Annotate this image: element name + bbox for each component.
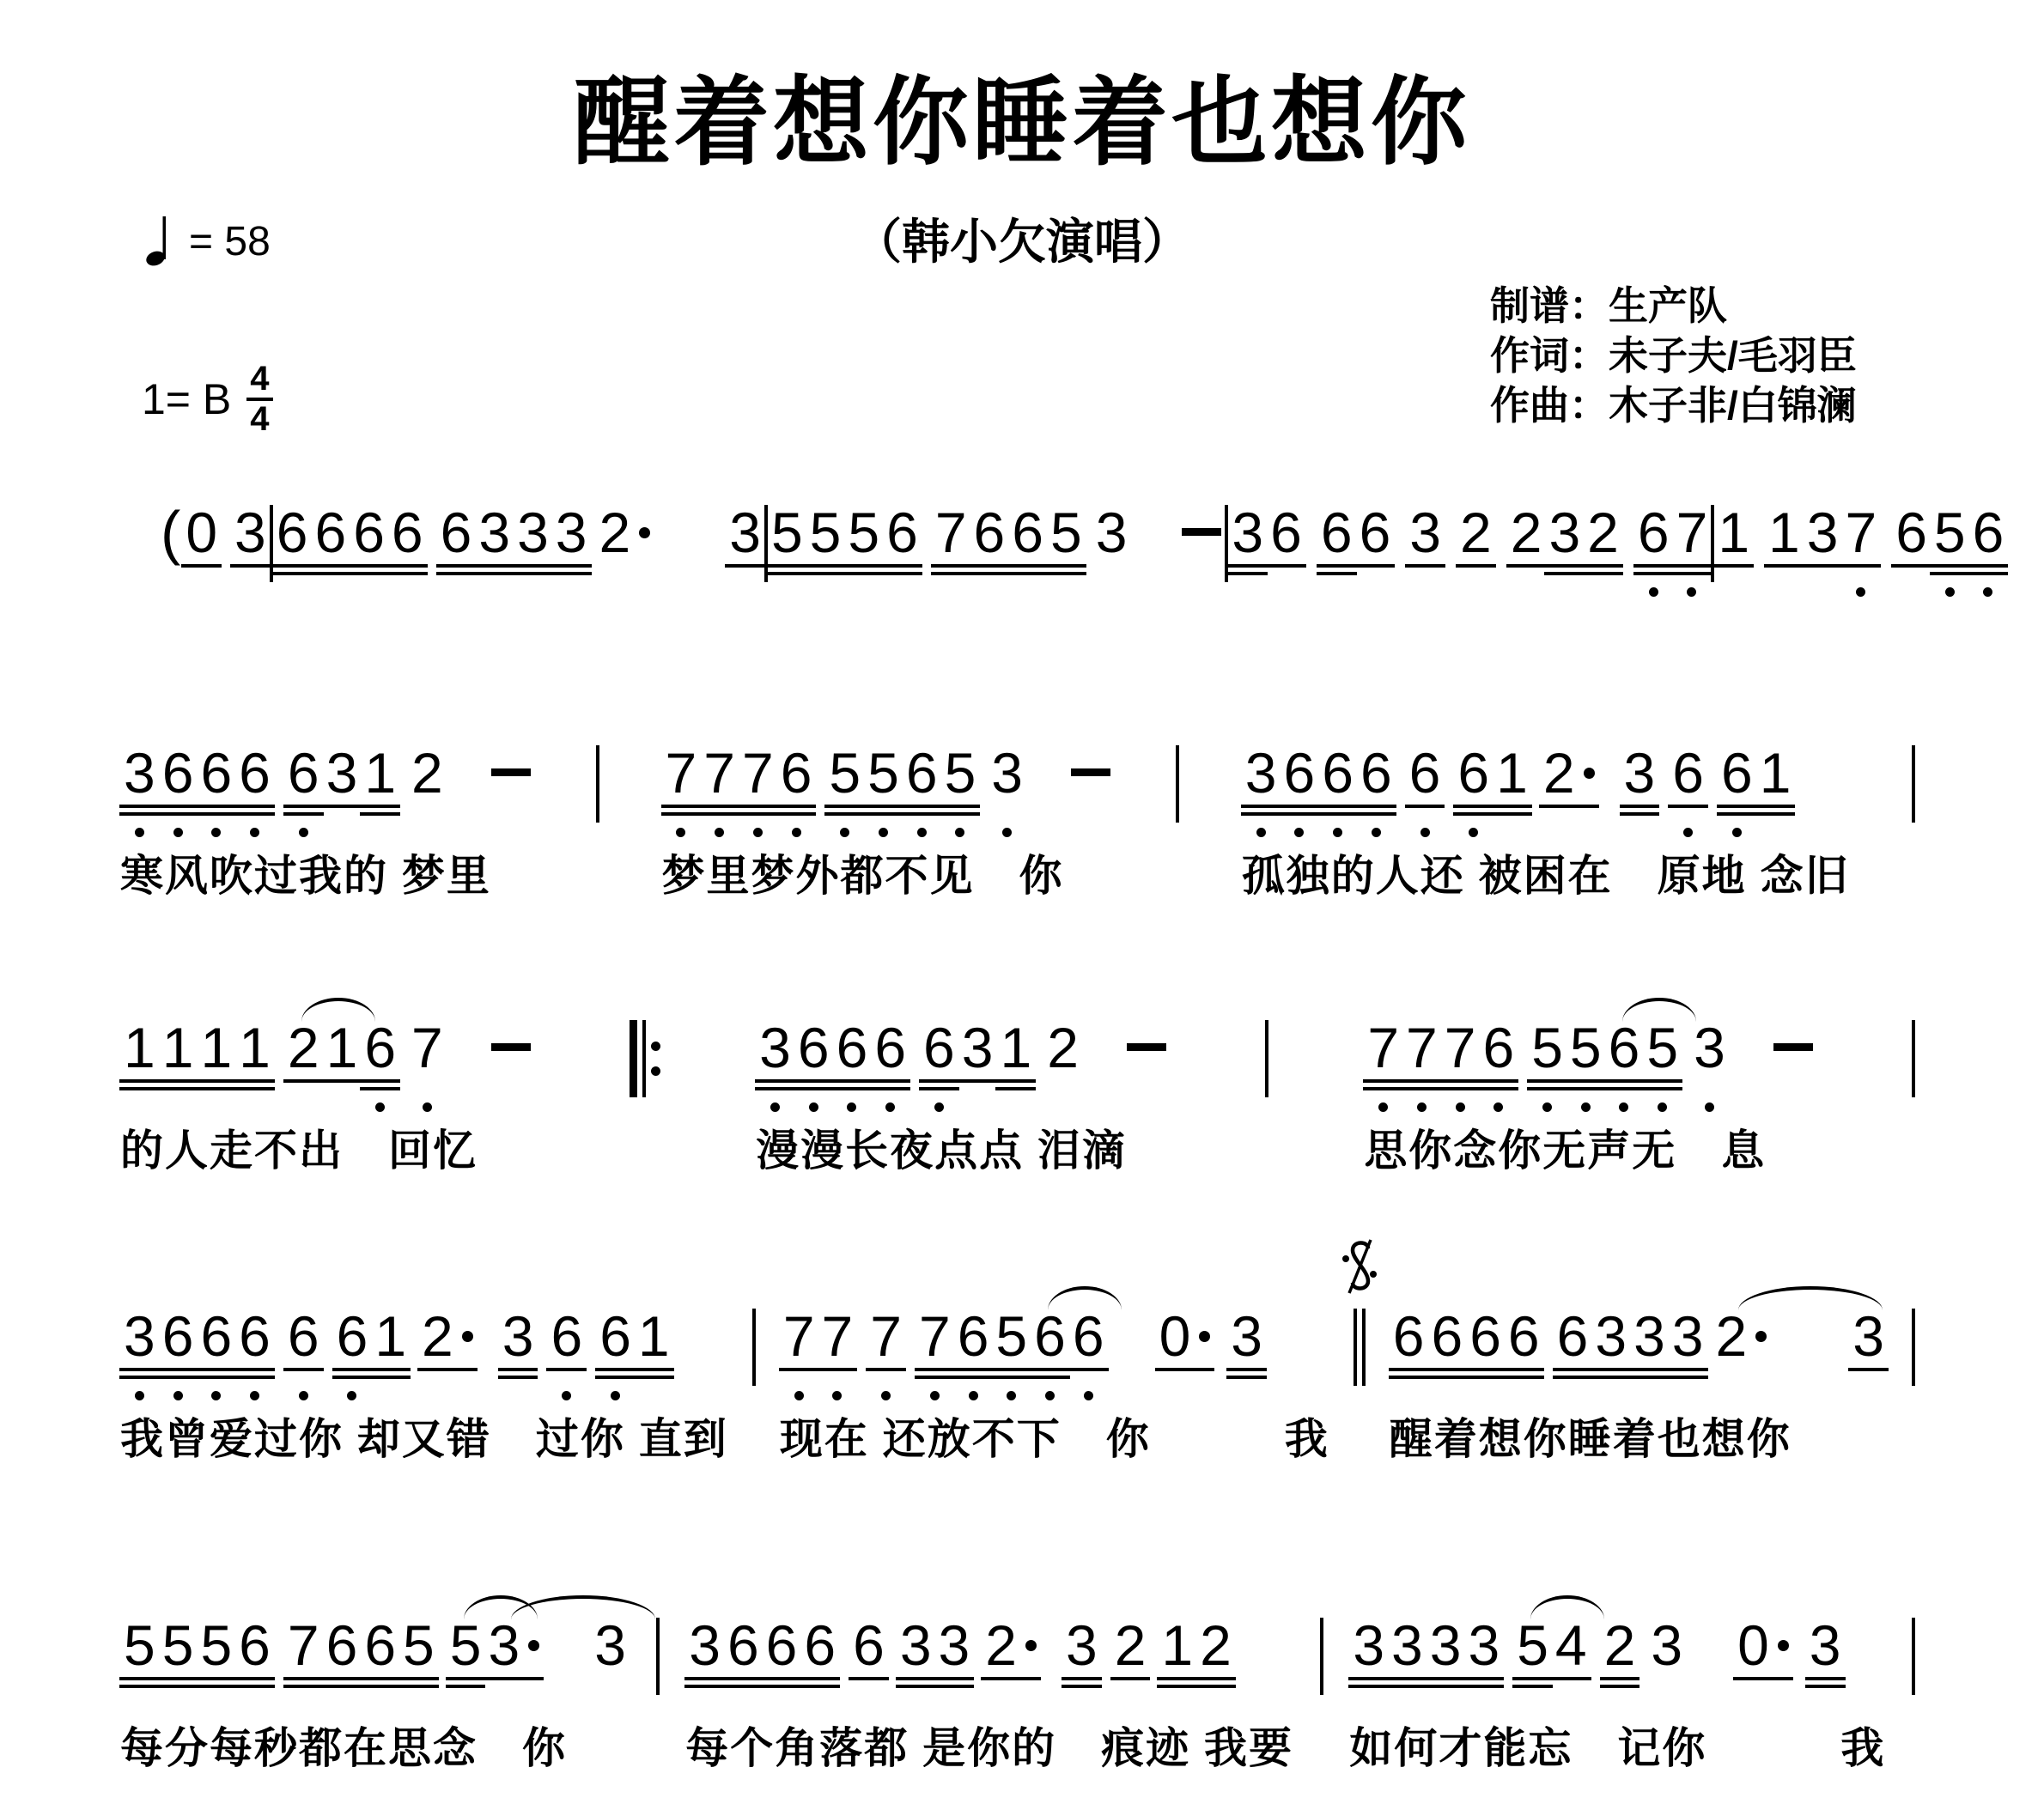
barline xyxy=(596,745,599,824)
dash-sustain xyxy=(1179,505,1224,536)
lyrics-line: 如何才能忘 记你 我 xyxy=(1349,1714,1885,1776)
low-octave-dot xyxy=(1417,1102,1427,1112)
lyrics-line: 每分每秒都在思念 你 xyxy=(120,1714,567,1776)
note: 5 xyxy=(160,1618,197,1714)
barline xyxy=(1912,1020,1915,1099)
note: 7 xyxy=(819,1309,856,1405)
note: 6 xyxy=(801,1618,838,1714)
measure: 777655653思你念你无声无 息 xyxy=(1364,1020,1816,1178)
barline xyxy=(1711,505,1714,584)
low-octave-dot xyxy=(934,1102,944,1112)
low-octave-dot xyxy=(847,1102,856,1112)
note: 6 xyxy=(884,505,921,601)
note: 6 xyxy=(312,505,349,601)
note: 6 xyxy=(903,745,940,841)
measure: 366666123661我曾爱过你 却又错 过你 直到 xyxy=(120,1309,728,1467)
low-octave-dot xyxy=(562,1391,571,1400)
parenthesis: ( xyxy=(160,505,181,560)
note: 3 xyxy=(500,1309,537,1405)
lyrics-line: 我曾爱过你 却又错 过你 直到 xyxy=(120,1405,728,1467)
low-octave-dot xyxy=(423,1102,432,1112)
credit-arranger: 制谱：生产队 xyxy=(1490,282,1857,331)
low-octave-dot xyxy=(1658,1102,1667,1112)
note: 6 xyxy=(1719,745,1755,841)
note: 3 xyxy=(1093,505,1130,601)
note: 6 xyxy=(160,745,197,841)
note: 3 xyxy=(1670,1309,1706,1405)
note: 2 xyxy=(982,1618,1039,1714)
note: 5 xyxy=(942,745,979,841)
measure: 55567665533每分每秒都在思念 你 xyxy=(120,1618,630,1776)
low-octave-dot xyxy=(1493,1102,1503,1112)
dash-sustain xyxy=(1124,1020,1169,1051)
low-octave-dot xyxy=(135,828,144,837)
note: 1 xyxy=(1159,1618,1195,1714)
low-octave-dot xyxy=(1856,587,1865,597)
note: 2 xyxy=(1197,1618,1234,1714)
note: 3 xyxy=(476,505,513,601)
note: 2 xyxy=(1044,1020,1081,1116)
note: 1 xyxy=(636,1309,672,1405)
note: 3 xyxy=(1691,1020,1728,1116)
low-octave-dot xyxy=(917,828,927,837)
low-octave-dot xyxy=(1687,587,1696,597)
low-octave-dot xyxy=(1983,587,1992,597)
dash-sustain xyxy=(1068,745,1113,776)
note: 6 xyxy=(198,1309,234,1405)
note: 6 xyxy=(872,1020,909,1116)
low-octave-dot xyxy=(792,828,801,837)
note: 5 xyxy=(993,1309,1030,1405)
music-line: (036666633323555676653366632232671137656… xyxy=(159,505,1915,647)
note: 0 xyxy=(183,505,220,601)
note: 6 xyxy=(1554,1309,1591,1405)
note: 3 xyxy=(553,505,590,601)
key-value: 1= B xyxy=(142,374,231,424)
note: 3 xyxy=(1621,745,1658,841)
low-octave-dot xyxy=(753,828,763,837)
note: 3 xyxy=(1063,1618,1100,1714)
note: 3 xyxy=(1228,1309,1265,1405)
note: 3 xyxy=(1243,745,1280,841)
note: 3 xyxy=(1229,505,1266,601)
note: 3 xyxy=(1631,1309,1668,1405)
note: 3 xyxy=(1407,505,1444,601)
low-octave-dot xyxy=(1456,1102,1465,1112)
note: 5 xyxy=(400,1618,437,1714)
note: 7 xyxy=(1442,1020,1479,1116)
note: 3 xyxy=(757,1020,794,1116)
augmentation-dot xyxy=(1584,768,1595,779)
note: 6 xyxy=(198,745,234,841)
low-octave-dot xyxy=(676,828,685,837)
note: 6 xyxy=(285,1309,322,1405)
note: 0 xyxy=(1735,1618,1792,1714)
note: 1 xyxy=(372,1309,409,1405)
low-octave-dot xyxy=(1002,828,1012,837)
note: 6 xyxy=(324,1618,361,1714)
measure: 1137656) xyxy=(1714,505,2044,647)
note: 3 xyxy=(1648,1618,1685,1714)
note: 6 xyxy=(763,1618,800,1714)
low-octave-dot xyxy=(1469,828,1478,837)
note: 6 xyxy=(362,1020,398,1116)
note: 5 xyxy=(198,1618,234,1714)
note: 2 xyxy=(1457,505,1494,601)
low-octave-dot xyxy=(135,1391,144,1400)
time-signature-denominator: 4 xyxy=(246,401,272,438)
augmentation-dot xyxy=(639,527,650,538)
note: 6 xyxy=(1358,745,1395,841)
low-octave-dot xyxy=(1084,1391,1093,1400)
note: 6 xyxy=(1268,505,1305,601)
low-octave-dot xyxy=(1542,1102,1552,1112)
low-octave-dot xyxy=(1581,1102,1591,1112)
note: 2 xyxy=(1602,1618,1639,1714)
note: 2 xyxy=(409,745,446,841)
augmentation-dot xyxy=(528,1640,539,1651)
note: 6 xyxy=(1357,505,1394,601)
low-octave-dot xyxy=(211,828,221,837)
note: 5 xyxy=(1529,1020,1566,1116)
note: 7 xyxy=(1674,505,1711,601)
note: 6 xyxy=(350,505,387,601)
measure: 555676653 xyxy=(768,505,1225,647)
low-octave-dot xyxy=(1007,1391,1016,1400)
note: 6 xyxy=(1031,1309,1068,1405)
note: 5 xyxy=(447,1618,484,1714)
measure: 36663223267 xyxy=(1228,505,1711,647)
low-octave-dot xyxy=(881,1391,891,1400)
low-octave-dot xyxy=(611,1391,620,1400)
low-octave-dot xyxy=(885,1102,895,1112)
dash-sustain xyxy=(489,1020,533,1051)
tempo-marking: = 58 xyxy=(146,215,271,268)
barline xyxy=(752,1309,756,1388)
tempo-value: = 58 xyxy=(189,218,271,265)
note: 6 xyxy=(160,1309,197,1405)
note: 1 xyxy=(362,745,398,841)
low-octave-dot xyxy=(1372,828,1381,837)
note: 4 xyxy=(1553,1618,1590,1714)
low-octave-dot xyxy=(1705,1102,1714,1112)
barline xyxy=(1176,745,1179,824)
note: 1 xyxy=(997,1020,1034,1116)
measure: 6666633323 xyxy=(273,505,764,647)
low-octave-dot xyxy=(299,828,308,837)
music-line: 11112167的人走不出 回忆36666312漫漫长夜点点 泪滴7776556… xyxy=(120,1020,1915,1178)
repeat-start-barline xyxy=(630,1020,660,1099)
credit-lyricist: 作词：未子夫/毛羽臣 xyxy=(1490,331,1857,381)
note: 2 xyxy=(1713,1309,1770,1405)
note: 6 xyxy=(1455,745,1492,841)
note: 1 xyxy=(160,1020,197,1116)
barline xyxy=(1320,1618,1323,1697)
measure: 366666123661孤独的人还 被困在 原地 念旧 xyxy=(1242,745,1850,903)
note: 1 xyxy=(1715,505,1752,601)
measure: 7777656603现在 还放不下 你 我 xyxy=(780,1309,1329,1467)
note: 6 xyxy=(1319,745,1356,841)
note: 3 xyxy=(1804,505,1841,601)
note: 6 xyxy=(795,1020,832,1116)
low-octave-dot xyxy=(250,828,259,837)
lyrics-line: 思你念你无声无 息 xyxy=(1364,1116,1766,1178)
music-line: 55567665533每分每秒都在思念 你366663323212每个角落都 是… xyxy=(120,1618,1915,1776)
low-octave-dot xyxy=(809,1102,818,1112)
note: 6 xyxy=(1506,1309,1542,1405)
low-octave-dot xyxy=(1619,1102,1628,1112)
note: 1 xyxy=(236,1020,273,1116)
note: 6 xyxy=(1009,505,1046,601)
note: 6 xyxy=(1428,1309,1465,1405)
measure: 3333542303如何才能忘 记你 我 xyxy=(1349,1618,1885,1776)
augmentation-dot xyxy=(1025,1640,1037,1651)
quarter-note-icon xyxy=(146,215,172,268)
note: 1 xyxy=(198,1020,234,1116)
low-octave-dot xyxy=(794,1391,804,1400)
note: 7 xyxy=(867,1309,904,1405)
note: 6 xyxy=(1390,1309,1427,1405)
sheet-music-page: { "header": { "title": "醒着想你睡着也想你", "sub… xyxy=(0,0,2044,1810)
low-octave-dot xyxy=(375,1102,385,1112)
low-octave-dot xyxy=(1683,828,1693,837)
note: 6 xyxy=(834,1020,871,1116)
note: 6 xyxy=(1281,745,1318,841)
song-title: 醒着想你睡着也想你 xyxy=(0,60,2044,185)
note: 6 xyxy=(389,505,426,601)
note: 6 xyxy=(236,1618,273,1714)
measure: 366663323212每个角落都 是你的 痕迹 我要 xyxy=(685,1618,1293,1776)
note: 3 xyxy=(989,745,1025,841)
note: 6 xyxy=(725,1618,762,1714)
note: 2 xyxy=(1585,505,1621,601)
note: 5 xyxy=(807,505,844,601)
note: 3 xyxy=(1592,1309,1629,1405)
note: 1 xyxy=(1766,505,1803,601)
note: 6 xyxy=(1318,505,1355,601)
tie-slur-arc xyxy=(1048,1286,1122,1310)
low-octave-dot xyxy=(1945,587,1955,597)
note: 3 xyxy=(1465,1618,1502,1714)
note: 3 xyxy=(121,745,158,841)
time-signature: 4 4 xyxy=(246,361,272,438)
low-octave-dot xyxy=(1649,587,1658,597)
barline xyxy=(1912,745,1915,824)
note: 3 xyxy=(936,1618,973,1714)
note: 0 xyxy=(1157,1309,1214,1405)
note: 7 xyxy=(701,745,738,841)
tie-slur-arc xyxy=(301,998,375,1022)
measure: 11112167的人走不出 回忆 xyxy=(120,1020,534,1178)
note: 3 xyxy=(121,1309,158,1405)
lyrics-line: 漫漫长夜点点 泪滴 xyxy=(756,1116,1127,1178)
low-octave-dot xyxy=(1420,828,1430,837)
low-octave-dot xyxy=(1333,828,1342,837)
note: 6 xyxy=(548,1309,585,1405)
note: 7 xyxy=(739,745,776,841)
lyrics-line: 每个角落都 是你的 痕迹 我要 xyxy=(685,1714,1293,1776)
note: 6 xyxy=(438,505,475,601)
lyrics-line: 现在 还放不下 你 我 xyxy=(780,1405,1329,1467)
note: 6 xyxy=(955,1309,992,1405)
lyrics-line: 孤独的人还 被困在 原地 念旧 xyxy=(1242,841,1850,903)
barline xyxy=(656,1618,660,1697)
note: 6 xyxy=(236,745,273,841)
note: 7 xyxy=(1403,1020,1440,1116)
note: 5 xyxy=(1931,505,1968,601)
note: 6 xyxy=(1970,505,2007,601)
note: 6 xyxy=(1606,1020,1643,1116)
tie-slur-arc xyxy=(1622,998,1696,1022)
note: 2 xyxy=(285,1020,322,1116)
lyrics-line: 梦里梦外都不见 你 xyxy=(662,841,1064,903)
note: 6 xyxy=(1407,745,1444,841)
lyrics-line: 的人走不出 回忆 xyxy=(120,1116,478,1178)
time-signature-numerator: 4 xyxy=(246,361,272,401)
dash-sustain xyxy=(489,745,533,776)
double-barline-with-segno xyxy=(1354,1309,1366,1388)
measure: (03 xyxy=(159,505,270,647)
note: 5 xyxy=(826,745,863,841)
credits-block: 制谱：生产队 作词：未子夫/毛羽臣 作曲：木子非/白锦澜 xyxy=(1490,282,1857,431)
note: 6 xyxy=(778,745,815,841)
low-octave-dot xyxy=(1378,1102,1388,1112)
note: 5 xyxy=(769,505,806,601)
note: 7 xyxy=(1365,1020,1402,1116)
measure: 777655653梦里梦外都不见 你 xyxy=(662,745,1114,903)
note: 5 xyxy=(845,505,882,601)
barline xyxy=(1912,1309,1915,1388)
note: 6 xyxy=(274,505,311,601)
low-octave-dot xyxy=(299,1391,308,1400)
tie-slur-arc xyxy=(511,1595,655,1619)
note: 3 xyxy=(1546,505,1583,601)
note: 6 xyxy=(285,745,322,841)
note: 2 xyxy=(1112,1618,1149,1714)
note: 3 xyxy=(485,1618,542,1714)
note: 7 xyxy=(781,1309,818,1405)
lyrics-line: 醒着想你睡着也想你 xyxy=(1390,1405,1792,1467)
augmentation-dot xyxy=(1778,1640,1789,1651)
note: 6 xyxy=(597,1309,634,1405)
note: 6 xyxy=(921,1020,958,1116)
note: 3 xyxy=(592,1618,629,1714)
note: 3 xyxy=(897,1618,934,1714)
note: 5 xyxy=(1567,1020,1604,1116)
music-line: 366666123661我曾爱过你 却又错 过你 直到7777656603现在 … xyxy=(120,1309,1915,1467)
low-octave-dot xyxy=(930,1391,940,1400)
credit-composer: 作曲：木子非/白锦澜 xyxy=(1490,381,1857,431)
note: 6 xyxy=(1070,1309,1107,1405)
note: 6 xyxy=(236,1309,273,1405)
note: 3 xyxy=(1389,1618,1426,1714)
note: 3 xyxy=(324,745,361,841)
note: 6 xyxy=(1480,1020,1517,1116)
music-line: 36666312寒风吹过我的 梦里777655653梦里梦外都不见 你36666… xyxy=(120,745,1915,903)
measure: 36666312漫漫长夜点点 泪滴 xyxy=(756,1020,1170,1178)
note: 1 xyxy=(1493,745,1530,841)
note: 6 xyxy=(1635,505,1672,601)
low-octave-dot xyxy=(1294,828,1304,837)
note: 3 xyxy=(1427,1618,1464,1714)
low-octave-dot xyxy=(969,1391,978,1400)
low-octave-dot xyxy=(1732,828,1742,837)
note: 6 xyxy=(971,505,1008,601)
key-signature: 1= B 4 4 xyxy=(142,361,273,438)
low-octave-dot xyxy=(173,1391,183,1400)
low-octave-dot xyxy=(770,1102,780,1112)
note: 3 xyxy=(1807,1618,1844,1714)
low-octave-dot xyxy=(879,828,888,837)
performer-subtitle: （韩小欠演唱） xyxy=(0,204,2044,273)
note: 7 xyxy=(933,505,970,601)
low-octave-dot xyxy=(347,1391,356,1400)
note: 6 xyxy=(1467,1309,1504,1405)
note: 6 xyxy=(362,1618,398,1714)
barline xyxy=(1912,1618,1915,1697)
note: 3 xyxy=(686,1618,723,1714)
note: 2 xyxy=(1508,505,1545,601)
note: 1 xyxy=(1757,745,1794,841)
low-octave-dot xyxy=(955,828,964,837)
note: 3 xyxy=(232,505,269,601)
augmentation-dot xyxy=(1199,1331,1210,1342)
note: 5 xyxy=(865,745,902,841)
dash-sustain xyxy=(1771,1020,1816,1051)
note: 1 xyxy=(121,1020,158,1116)
note: 3 xyxy=(1350,1618,1387,1714)
tie-slur-arc xyxy=(1738,1286,1883,1310)
note: 2 xyxy=(419,1309,476,1405)
note: 3 xyxy=(514,505,551,601)
low-octave-dot xyxy=(832,1391,842,1400)
low-octave-dot xyxy=(173,828,183,837)
note: 5 xyxy=(1048,505,1085,601)
tie-slur-arc xyxy=(1530,1595,1604,1619)
note: 3 xyxy=(959,1020,996,1116)
augmentation-dot xyxy=(1755,1331,1767,1342)
note: 5 xyxy=(1644,1020,1681,1116)
low-octave-dot xyxy=(1256,828,1266,837)
note: 6 xyxy=(334,1309,371,1405)
low-octave-dot xyxy=(250,1391,259,1400)
measure: 36666312寒风吹过我的 梦里 xyxy=(120,745,534,903)
note: 7 xyxy=(285,1618,322,1714)
low-octave-dot xyxy=(715,828,724,837)
lyrics-line: 寒风吹过我的 梦里 xyxy=(120,841,491,903)
note: 2 xyxy=(1541,745,1597,841)
low-octave-dot xyxy=(840,828,849,837)
note: 6 xyxy=(1893,505,1930,601)
note: 6 xyxy=(1670,745,1706,841)
note: 7 xyxy=(1842,505,1879,601)
note: 1 xyxy=(324,1020,361,1116)
measure: 6666633323醒着想你睡着也想你 xyxy=(1390,1309,1888,1467)
augmentation-dot xyxy=(462,1331,473,1342)
note: 3 xyxy=(727,505,763,601)
note: 2 xyxy=(597,505,654,601)
low-octave-dot xyxy=(211,1391,221,1400)
note: 7 xyxy=(663,745,700,841)
barline xyxy=(1265,1020,1268,1099)
low-octave-dot xyxy=(1045,1391,1055,1400)
note: 3 xyxy=(1850,1309,1887,1405)
note: 7 xyxy=(916,1309,953,1405)
note: 6 xyxy=(850,1618,887,1714)
note: 7 xyxy=(409,1020,446,1116)
segno-icon xyxy=(1340,1236,1379,1297)
note: 5 xyxy=(1514,1618,1551,1714)
